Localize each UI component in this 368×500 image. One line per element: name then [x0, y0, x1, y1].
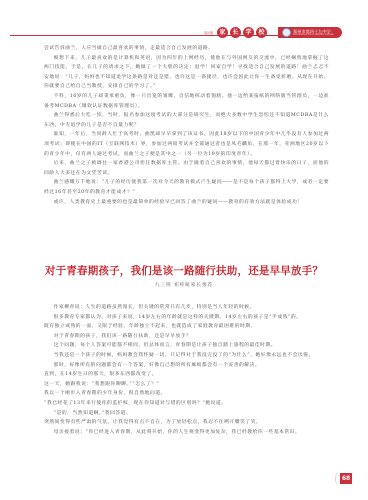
badge-circle: 校: [256, 27, 267, 38]
paragraph: “是的，当然知道啊。”我回答道。: [44, 409, 329, 419]
paragraph: 曲兰得悉后大吃一惊，当时，报名参加这项考试的大部分是研究生，而绝大多数中学生恐怕…: [44, 111, 329, 130]
paragraph: 突然间变得有些严肃的气氛，让我觉得有点不自在，为了放轻松点，我忍不住咧开嘴笑了笑…: [44, 418, 329, 428]
paragraph: 或许，人类教育史上最重要的也是最简单的经验早已回答了曲兰的疑问——教育的有效方法…: [44, 198, 329, 208]
paragraph: 不料，16岁的儿子却秉承重负，像一只出笼的雏鹰，自信地挥动着翅膀。他一边给某报纸…: [44, 92, 329, 111]
paragraph: 后来，曲兰之子被调往一家香港公司担任数据库主管。由于做着自己喜欢的事情，他每天都…: [44, 159, 329, 178]
paragraph: 这个问题，每个人答案可能都不相同，但总体而言，青春期是让孩子独自踏上旅程的最佳时…: [44, 341, 329, 351]
column-badges: 第四期 家 长 学 校: [204, 27, 267, 38]
article-2-body: 作家柳青说：人生的道路虽然漫长，但关键的常常只有几步，特别是当人年轻的时候。 很…: [44, 303, 329, 437]
paragraph: 尝试告诉曲兰，人应当做自己最喜欢的事情，走最适合自己发展的道路。: [44, 44, 329, 54]
paragraph: 我以一个刚步入青春期的少年身份，很自然地问道。: [44, 389, 329, 399]
page-number: 68: [340, 473, 352, 484]
paragraph: 当我还是一个孩子的时候，妈妈教会我怀疑一切。只记得对于我没完没了的“为什么”，她…: [44, 351, 329, 361]
article-2-byline: 九三班 祁梓航家长推荐: [0, 281, 368, 288]
paragraph: 既有独立或熟的一面，又限于经验、年龄独立不起来，也就造成了家庭教育最困难的时期。: [44, 322, 329, 332]
badge-circle: 长: [230, 27, 241, 38]
page-header: 第四期 家 长 学 校 郑州市第四十九中学 ZHENGZHOU NO.49 MI…: [0, 26, 368, 40]
article-2-title: 对于青春期孩子，我们是该一路随行扶助，还是早早放手？: [28, 263, 340, 278]
paragraph: “我已经花了13年来行使你的监护权，现在你知道对与错的区别吗？”她说道。: [44, 399, 329, 409]
article-1-body: 尝试告诉曲兰，人应当做自己最喜欢的事情，走最适合自己发展的道路。 细想下来，儿子…: [44, 44, 329, 207]
issue-label: 第四期: [204, 31, 213, 35]
paragraph: 那时，好像所有的问题都会有一个答案，好像自己想的所有麻烦都会有一个妥善的解决。: [44, 361, 329, 371]
school-banner: 郑州市第四十九中学 ZHENGZHOU NO.49 MIDDLE SCHOOL: [278, 27, 342, 38]
paragraph: 这一天，她跟我说：“我想跟你聊聊。”“怎么了？”: [44, 380, 329, 390]
paragraph: 很多教育专家都认为，对孩子来说，14岁左右的年龄就是这样的关键期。14岁左右的孩…: [44, 313, 329, 323]
paragraph: 母亲接着说：“你已经进入青春期，从此刻开始，你的人生将变得更加复杂，我已经教给你…: [44, 428, 329, 438]
paragraph: 曲兰感慨万千地说：“儿子的经历使我第一次对今天的教育模式产生疑问——是不是每个孩…: [44, 178, 329, 197]
school-logo-icon: [282, 28, 291, 37]
paragraph: 细想下来，儿子最喜欢的是计算机和英语，因为四年的上网经历，使他在与外国网友的交流…: [44, 54, 329, 92]
badge-circle: 学: [243, 27, 254, 38]
school-subtitle: ZHENGZHOU NO.49 MIDDLE SCHOOL: [293, 34, 334, 36]
paragraph: 直到，在14岁生日的那天，很多东西都改变了。: [44, 370, 329, 380]
paragraph: 作家柳青说：人生的道路虽然漫长，但关键的常常只有几步，特别是当人年轻的时候。: [44, 303, 329, 313]
badge-circle: 家: [217, 27, 228, 38]
paragraph: 对于青春期的孩子，我们该一路随行扶助，还是早早放手？: [44, 332, 329, 342]
paragraph: 谁知，一年后，当同龄人忙于高考时，曲凯却早早拿到了该证书。因此18岁以下的中国青…: [44, 130, 329, 159]
